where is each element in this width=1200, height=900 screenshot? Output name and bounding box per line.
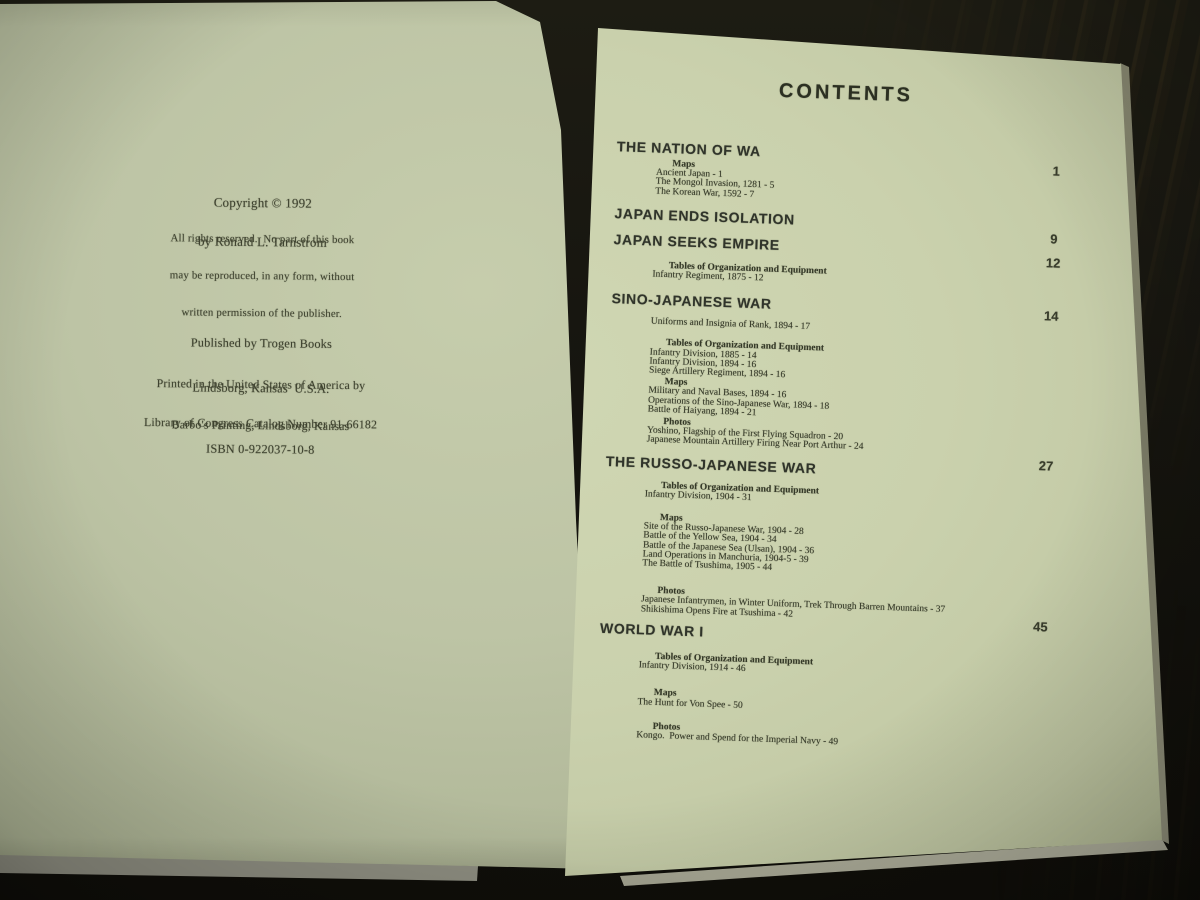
book-photo-scene: Copyright © 1992 by Ronald L. Tarnstrom … [0,0,1200,900]
toc-group-tables: Tables of Organization and Equipment Inf… [591,651,1061,686]
toc-section-sino-japanese-war: SINO-JAPANESE WAR Uniforms and Insignia … [599,290,1074,460]
table-of-contents: CONTENTS THE NATION OF WA Maps Ancient J… [584,58,1082,874]
page-number: 9 [1032,231,1076,248]
toc-section-nation-of-wa: THE NATION OF WA Maps Ancient Japan - 1 … [607,138,1079,211]
toc-section-russo-japanese-war: THE RUSSO-JAPANESE WAR Tables of Organiz… [593,452,1068,629]
page-number: 14 [1029,308,1073,325]
printer-line: Printed in the United States of America … [51,376,471,394]
toc-group-maps: Maps Site of the Russo-Japanese War, 190… [594,512,1066,584]
toc-entry: Uniforms and Insignia of Rank, 1894 - 17 [651,318,1073,342]
chapter-title: JAPAN SEEKS EMPIRE [605,231,1075,264]
toc-group-photos: Photos Kongo. Power and Spend for the Im… [588,720,1058,755]
page-number: 27 [1024,458,1068,475]
rights-line: All rights reserved. No part of this boo… [52,231,472,248]
toc-group-tables: Tables of Organization and Equipment Inf… [604,260,1074,295]
toc-section-japan-seeks-empire: JAPAN SEEKS EMPIRE Tables of Organizatio… [604,231,1075,295]
contents-title: CONTENTS [611,58,1082,113]
toc-section-world-war-1: WORLD WAR I Tables of Organization and E… [588,620,1062,756]
toc-group-tables: Tables of Organization and Equipment Inf… [597,479,1067,514]
copyright-page-content: Copyright © 1992 by Ronald L. Tarnstrom … [46,0,475,864]
page-number: 1 [1034,163,1078,180]
page-number: 12 [1031,255,1075,272]
page-number: 45 [1018,619,1062,636]
toc-group-maps: Maps The Hunt for Von Spee - 50 [589,687,1059,722]
rights-line: may be reproduced, in any form, without [52,268,472,285]
